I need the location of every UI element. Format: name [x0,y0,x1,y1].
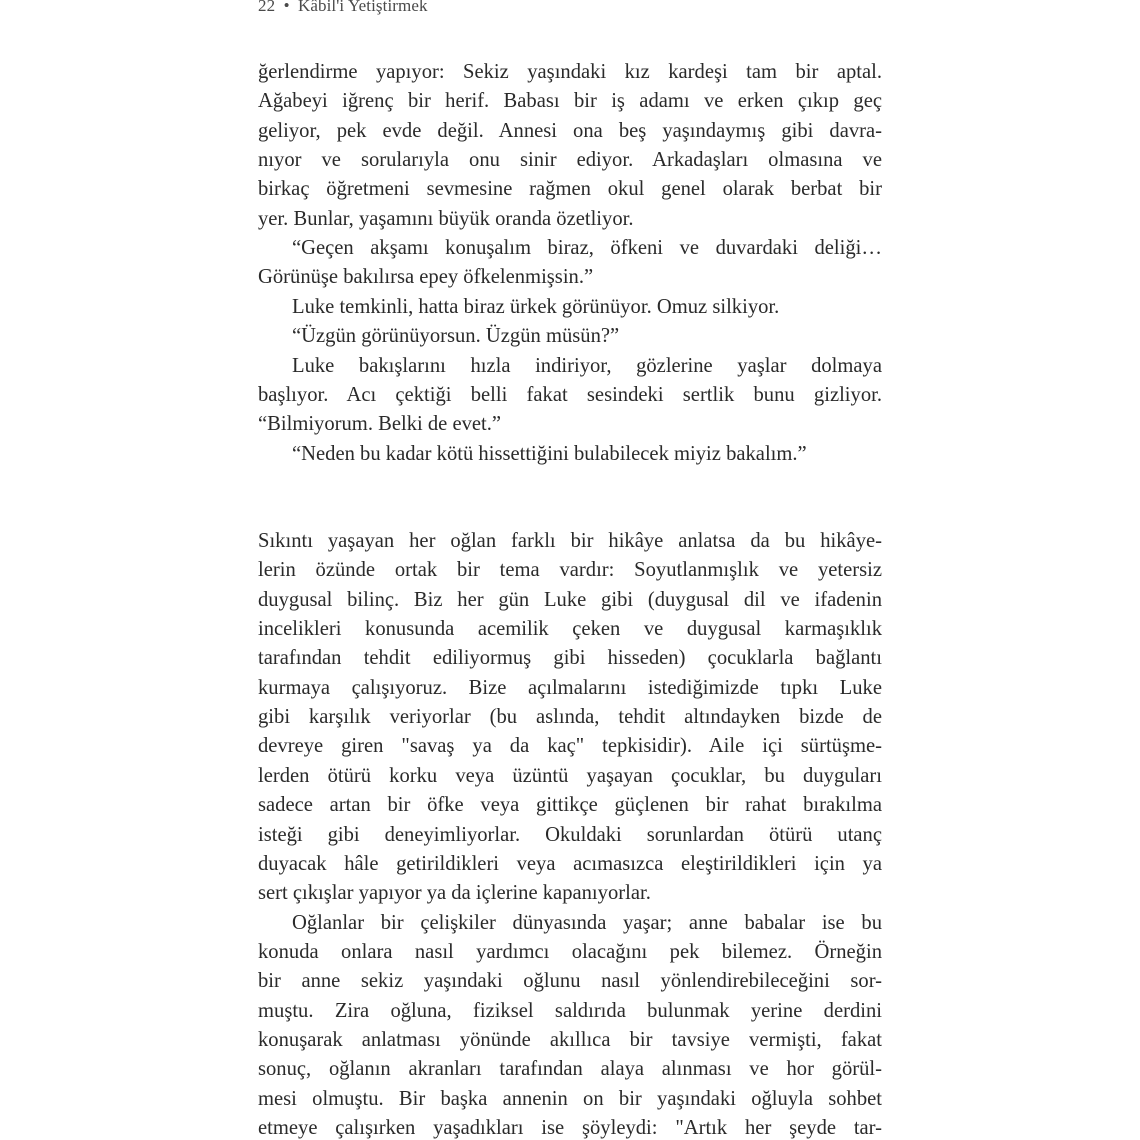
text-line: birkaç öğretmeni sevmesine rağmen okul g… [258,174,882,204]
text-line: “Geçen akşamı konuşalım biraz, öfkeni ve… [258,233,882,263]
text-line: “Bilmiyorum. Belki de evet.” [258,409,882,439]
text-line: başlıyor. Acı çektiği belli fakat sesind… [258,380,882,410]
text-line: tarafından tehdit ediliyormuş gibi hisse… [258,643,882,673]
text-line: lerden ötürü korku veya üzüntü yaşayan ç… [258,761,882,791]
text-line: Görünüşe bakılırsa epey öfkelenmişsin.” [258,262,882,292]
text-line: kurmaya çalışıyoruz. Bize açılmalarını i… [258,673,882,703]
text-line: lerin özünde ortak bir tema vardır: Soyu… [258,555,882,585]
bullet-separator: • [284,0,290,15]
text-line: konuda onlara nasıl yardımcı olacağını p… [258,937,882,967]
text-line: gibi karşılık veriyorlar (bu aslında, te… [258,702,882,732]
text-line: Oğlanlar bir çelişkiler dünyasında yaşar… [258,908,882,938]
text-line: geliyor, pek evde değil. Annesi ona beş … [258,116,882,146]
running-head: 22 • Kâbil'i Yetiştirmek [258,0,428,16]
text-line: duygusal bilinç. Biz her gün Luke gibi (… [258,585,882,615]
text-line: bir anne sekiz yaşındaki oğlunu nasıl yö… [258,966,882,996]
text-line: devreye giren "savaş ya da kaç" tepkisid… [258,731,882,761]
text-line: “Neden bu kadar kötü hissettiğini bulabi… [258,439,882,469]
text-line: Ağabeyi iğrenç bir herif. Babası bir iş … [258,86,882,116]
text-line: mesi olmuştu. Bir başka annenin on bir y… [258,1084,882,1114]
text-line: sonuç, oğlanın akranları tarafından alay… [258,1054,882,1084]
text-line: “Üzgün görünüyorsun. Üzgün müsün?” [258,321,882,351]
text-line: Sıkıntı yaşayan her oğlan farklı bir hik… [258,526,882,556]
book-title: Kâbil'i Yetiştirmek [298,0,428,15]
text-line: etmeye çalışırken yaşadıkları ise şöyley… [258,1113,882,1140]
text-line: ğerlendirme yapıyor: Sekiz yaşındaki kız… [258,57,882,87]
text-line: sadece artan bir öfke veya gittikçe güçl… [258,790,882,820]
text-line: konuşarak anlatması yönünde akıllıca bir… [258,1025,882,1055]
text-line: nıyor ve sorularıyla onu sinir ediyor. A… [258,145,882,175]
page-number: 22 [258,0,275,15]
text-line: incelikleri konusunda acemilik çeken ve … [258,614,882,644]
text-line: duyacak hâle getirildikleri veya acıması… [258,849,882,879]
text-line: yer. Bunlar, yaşamını büyük oranda özetl… [258,204,882,234]
text-line: isteği gibi deneyimliyorlar. Okuldaki so… [258,820,882,850]
text-line: sert çıkışlar yapıyor ya da içlerine kap… [258,878,882,908]
text-line: Luke bakışlarını hızla indiriyor, gözler… [258,351,882,381]
text-line: muştu. Zira oğluna, fiziksel saldırıda b… [258,996,882,1026]
text-line: Luke temkinli, hatta biraz ürkek görünüy… [258,292,882,322]
